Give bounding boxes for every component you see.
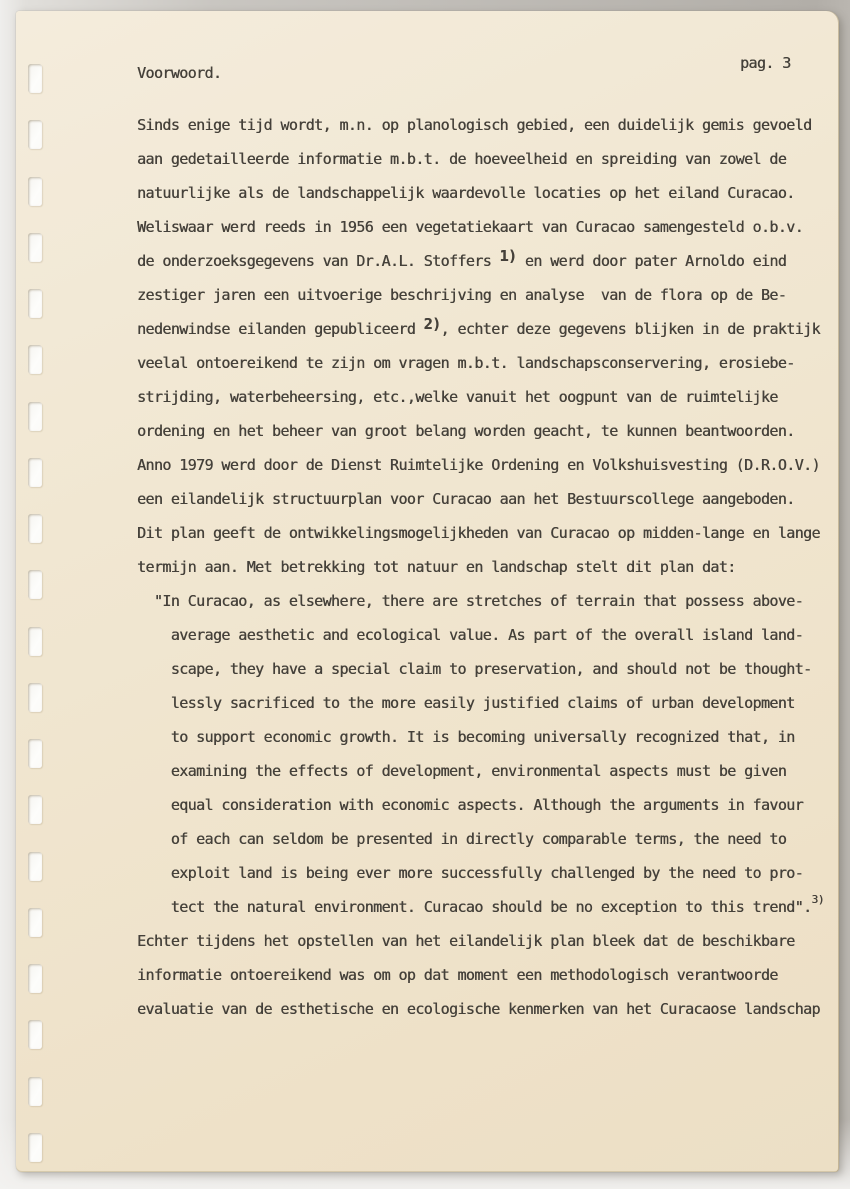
binding-hole: [28, 795, 42, 824]
page-number: pag. 3: [740, 54, 791, 72]
binding-hole: [28, 64, 42, 93]
text-line: to support economic growth. It is becomi…: [137, 720, 839, 754]
binding-hole: [28, 514, 42, 543]
document-page: Voorwoord. pag. 3 Sinds enige tijd wordt…: [16, 11, 839, 1172]
text-line: informatie ontoereikend was om op dat mo…: [137, 958, 839, 992]
text-line: nedenwindse eilanden gepubliceerd 2), ec…: [137, 312, 839, 346]
binding-hole: [28, 739, 42, 768]
text-line: de onderzoeksgegevens van Dr.A.L. Stoffe…: [137, 244, 839, 278]
text-line: aan gedetailleerde informatie m.b.t. de …: [137, 142, 839, 176]
binding-hole: [28, 1133, 42, 1162]
text-line: Sinds enige tijd wordt, m.n. op planolog…: [137, 108, 839, 142]
text-line: natuurlijke als de landschappelijk waard…: [137, 176, 839, 210]
text-line: scape, they have a special claim to pres…: [137, 652, 839, 686]
text-line: examining the effects of development, en…: [137, 754, 839, 788]
binding-hole: [28, 458, 42, 487]
binding-hole: [28, 1020, 42, 1049]
text-line: evaluatie van de esthetische en ecologis…: [137, 992, 839, 1026]
text-line: Dit plan geeft de ontwikkelingsmogelijkh…: [137, 516, 839, 550]
text-line: strijding, waterbeheersing, etc.,welke v…: [137, 380, 839, 414]
text-line: Anno 1979 werd door de Dienst Ruimtelijk…: [137, 448, 839, 482]
footnote-reference: 1): [500, 247, 517, 265]
text-line: of each can seldom be presented in direc…: [137, 822, 839, 856]
scan-background: Voorwoord. pag. 3 Sinds enige tijd wordt…: [0, 0, 850, 1189]
text-line: exploit land is being ever more successf…: [137, 856, 839, 890]
binding-hole: [28, 570, 42, 599]
footnote-reference: 2): [424, 315, 441, 333]
binding-hole: [28, 908, 42, 937]
text-line: tect the natural environment. Curacao sh…: [137, 890, 839, 924]
binding-hole: [28, 177, 42, 206]
text-line: Echter tijdens het opstellen van het eil…: [137, 924, 839, 958]
text-line: lessly sacrificed to the more easily jus…: [137, 686, 839, 720]
text-line: Weliswaar werd reeds in 1956 een vegetat…: [137, 210, 839, 244]
text-line: equal consideration with economic aspect…: [137, 788, 839, 822]
section-heading: Voorwoord.: [137, 64, 221, 82]
text-line: veelal ontoereikend te zijn om vragen m.…: [137, 346, 839, 380]
text-line: "In Curacao, as elsewhere, there are str…: [137, 584, 839, 618]
binding-hole: [28, 627, 42, 656]
binding-hole: [28, 233, 42, 262]
binding-hole: [28, 1077, 42, 1106]
text-line: average aesthetic and ecological value. …: [137, 618, 839, 652]
binding-hole: [28, 345, 42, 374]
body-text: Sinds enige tijd wordt, m.n. op planolog…: [137, 108, 839, 1026]
binding-hole: [28, 120, 42, 149]
footnote-reference: 3): [811, 893, 824, 906]
binding-hole: [28, 289, 42, 318]
text-line: zestiger jaren een uitvoerige beschrijvi…: [137, 278, 839, 312]
text-line: een eilandelijk structuurplan voor Curac…: [137, 482, 839, 516]
binding-hole: [28, 852, 42, 881]
binding-hole: [28, 402, 42, 431]
text-line: termijn aan. Met betrekking tot natuur e…: [137, 550, 839, 584]
text-line: ordening en het beheer van groot belang …: [137, 414, 839, 448]
binding-hole: [28, 964, 42, 993]
binding-hole: [28, 683, 42, 712]
